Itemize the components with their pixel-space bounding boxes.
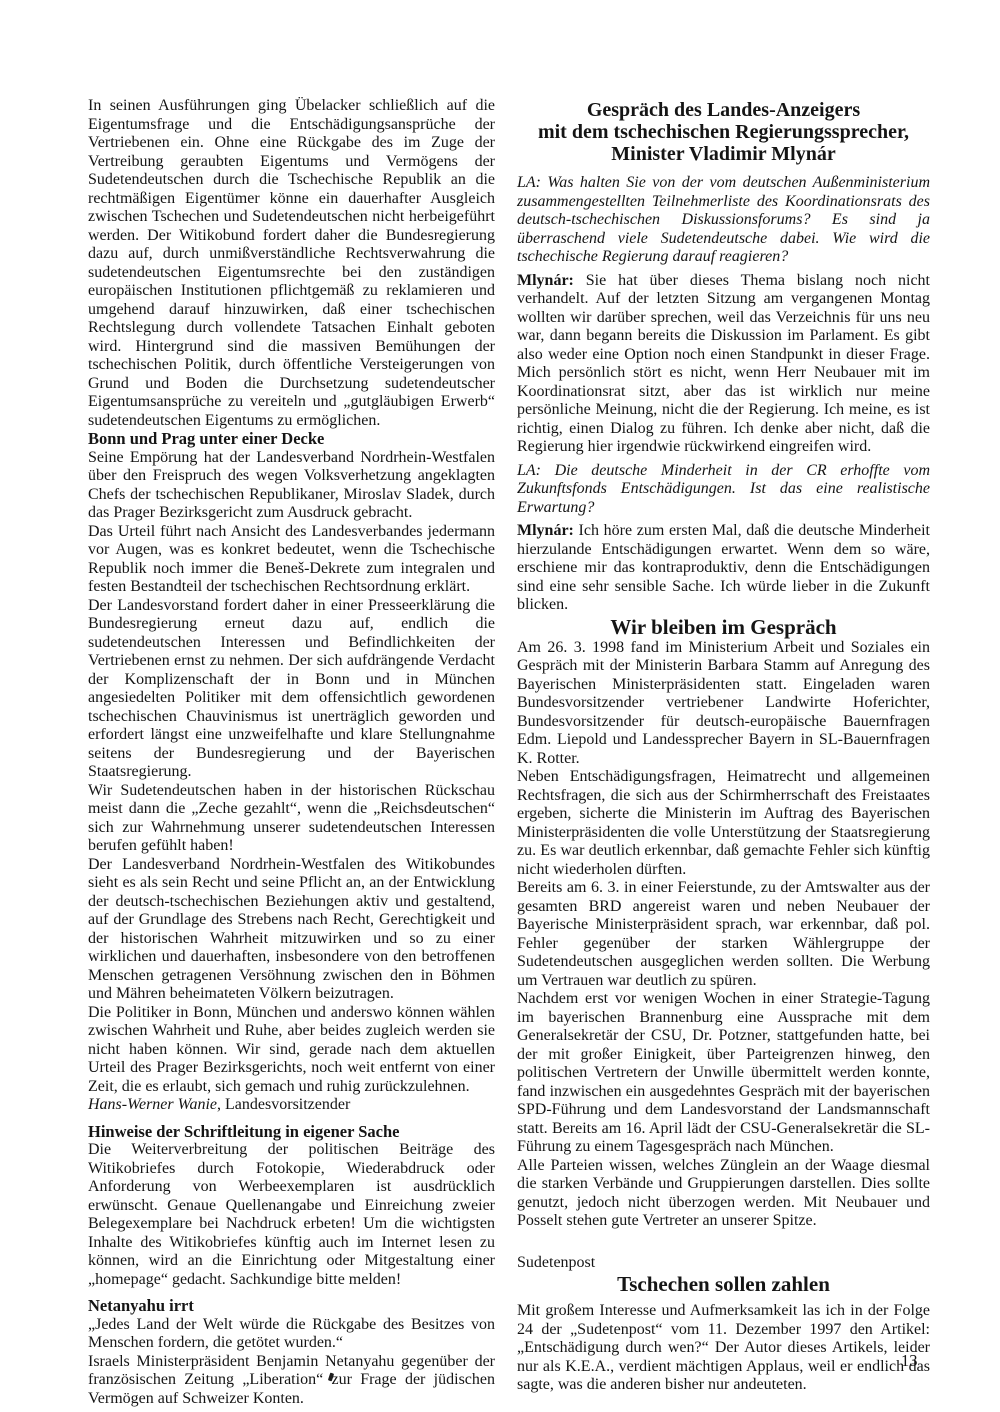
signature-name: Hans-Werner Wanie (88, 1096, 217, 1113)
schriftleitung-paragraph: Die Weiterverbreitung der politischen Be… (88, 1141, 495, 1289)
interview-answer-2-text: Ich höre zum ersten Mal, daß die deutsch… (517, 522, 930, 613)
bonn-prag-paragraph-4: Wir Sudetendeutschen haben in der histor… (88, 782, 495, 856)
interview-title-line-2: mit dem tschechischen Regierungssprecher… (517, 121, 930, 143)
bonn-prag-paragraph-2: Das Urteil führt nach Ansicht des Landes… (88, 523, 495, 597)
document-page: In seinen Ausführungen ging Übelacker sc… (0, 0, 1000, 1412)
gespraech-paragraph-2: Neben Entschädigungsfragen, Heimatrecht … (517, 768, 930, 879)
heading-wir-bleiben-im-gespraech: Wir bleiben im Gespräch (517, 615, 930, 639)
netanyahu-attribution: Israels Ministerpräsident Benjamin Netan… (88, 1353, 495, 1409)
gespraech-paragraph-1: Am 26. 3. 1998 fand im Ministerium Arbei… (517, 639, 930, 769)
signature-role: , Landesvorsitzender (217, 1096, 350, 1113)
bonn-prag-paragraph-6: Die Politiker in Bonn, München und ander… (88, 1004, 495, 1097)
interview-answer-1-text: Sie hat über dieses Thema bislang noch n… (517, 272, 930, 456)
interview-title-line-1: Gespräch des Landes-Anzeigers (517, 99, 930, 121)
bonn-prag-paragraph-5: Der Landesverband Nordrhein-Westfalen de… (88, 856, 495, 1004)
heading-netanyahu: Netanyahu irrt (88, 1297, 495, 1316)
interview-question-2: LA: Die deutsche Minderheit in der CR er… (517, 462, 930, 518)
interview-question-1: LA: Was halten Sie von der vom deutschen… (517, 174, 930, 267)
bonn-prag-paragraph-3: Der Landesvorstand fordert daher in eine… (88, 597, 495, 782)
source-label-sudetenpost: Sudetenpost (517, 1254, 930, 1273)
interview-title-line-3: Minister Vladimir Mlynár (517, 143, 930, 165)
heading-schriftleitung: Hinweise der Schriftleitung in eigener S… (88, 1123, 495, 1142)
left-column: In seinen Ausführungen ging Übelacker sc… (88, 97, 495, 1408)
netanyahu-quote: „Jedes Land der Welt würde die Rückgabe … (88, 1316, 495, 1353)
heading-tschechen-sollen-zahlen: Tschechen sollen zahlen (517, 1272, 930, 1296)
signature-line: Hans-Werner Wanie, Landesvorsitzender (88, 1096, 495, 1115)
intro-paragraph: In seinen Ausführungen ging Übelacker sc… (88, 97, 495, 430)
gespraech-paragraph-3: Bereits am 6. 3. in einer Feierstunde, z… (517, 879, 930, 990)
interview-title: Gespräch des Landes-Anzeigers mit dem ts… (517, 99, 930, 165)
page-number: 13 (901, 1351, 918, 1370)
heading-bonn-und-prag: Bonn und Prag unter einer Decke (88, 430, 495, 449)
interview-answer-1: Mlynár: Sie hat über dieses Thema bislan… (517, 272, 930, 457)
gespraech-paragraph-4: Nachdem erst vor wenigen Wochen in einer… (517, 990, 930, 1157)
zahlen-paragraph: Mit großem Interesse und Aufmerksamkeit … (517, 1302, 930, 1395)
right-column: Gespräch des Landes-Anzeigers mit dem ts… (517, 97, 930, 1395)
bonn-prag-paragraph-1: Seine Empörung hat der Landesverband Nor… (88, 449, 495, 523)
interview-answer-1-speaker: Mlynár: (517, 272, 574, 289)
interview-answer-2: Mlynár: Ich höre zum ersten Mal, daß die… (517, 522, 930, 615)
interview-answer-2-speaker: Mlynár: (517, 522, 574, 539)
gespraech-paragraph-5: Alle Parteien wissen, welches Zünglein a… (517, 1157, 930, 1231)
